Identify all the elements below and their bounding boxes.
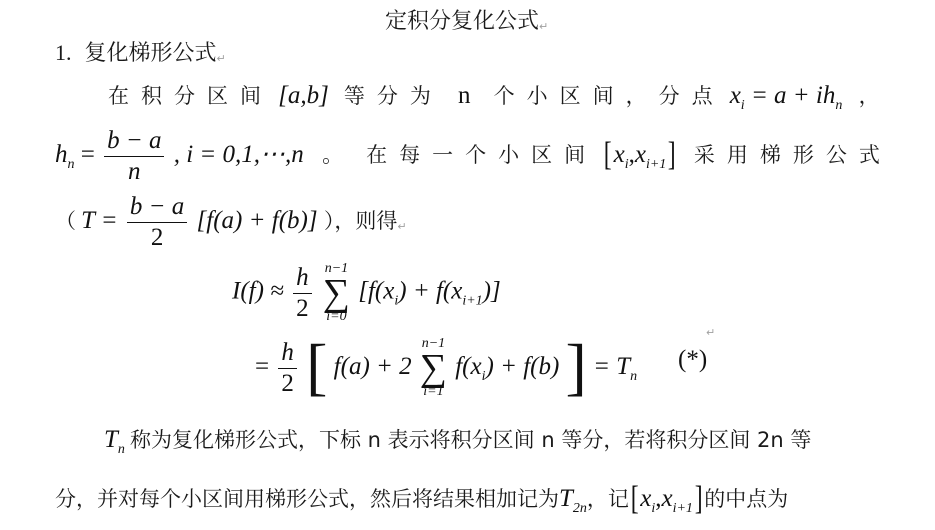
sum-lower: i=0 bbox=[326, 310, 346, 324]
text-segment: 的中点为 bbox=[704, 487, 788, 511]
x-var: x bbox=[635, 141, 646, 168]
section-heading-text: 复化梯形公式 bbox=[85, 41, 217, 66]
bracket-open: [ bbox=[306, 331, 327, 402]
fraction: b − a n bbox=[104, 126, 164, 187]
section-number: 1. bbox=[55, 40, 72, 65]
x-var: x bbox=[640, 485, 651, 512]
xi-rhs: = a + ih bbox=[751, 82, 835, 109]
paragraph-mark-icon: ↵ bbox=[539, 20, 548, 33]
text-segment: ），则得 bbox=[324, 209, 398, 233]
h-var: h bbox=[55, 141, 68, 168]
text-segment: ，记 bbox=[587, 487, 629, 511]
summation-icon: n−1 ∑ i=1 bbox=[420, 337, 447, 399]
sum-lower: i=1 bbox=[423, 385, 443, 399]
section-heading: 1. 复化梯形公式↵ bbox=[55, 36, 226, 67]
denominator: 2 bbox=[296, 294, 309, 324]
x-var: x bbox=[614, 141, 625, 168]
i-range: , i = 0,1,⋯,n bbox=[174, 141, 304, 168]
equals: = bbox=[255, 353, 269, 380]
interval-ab: [a,b] bbox=[278, 82, 329, 109]
paragraph2-line1: Tn 称为复化梯形公式，下标 n 表示将积分区间 n 等分，若将积分区间 2n … bbox=[104, 424, 811, 458]
T-lhs: T = bbox=[81, 207, 118, 234]
term: f(a) + 2 bbox=[334, 353, 412, 380]
formula-line2: = h 2 [ f(a) + 2 n−1 ∑ i=1 f(xi) + f(b) … bbox=[255, 330, 637, 404]
fraction: b − a 2 bbox=[127, 192, 187, 253]
equals: = bbox=[81, 141, 95, 168]
bracket-close: ] bbox=[668, 136, 676, 174]
term: )] bbox=[483, 278, 501, 305]
equation-tag: (*) bbox=[678, 346, 707, 374]
paragraph-mark-icon: ↵ bbox=[397, 220, 406, 233]
comma: ， bbox=[859, 84, 880, 108]
sigma: ∑ bbox=[323, 276, 350, 310]
fraction-h-2: h 2 bbox=[278, 338, 297, 399]
fraction-h-2: h 2 bbox=[293, 263, 312, 324]
title-text: 定积分复化公式 bbox=[385, 9, 539, 34]
result: = T bbox=[593, 353, 630, 380]
open-paren: （ bbox=[55, 209, 76, 233]
hn-formula: hn = b − a n , i = 0,1,⋯,n bbox=[55, 141, 310, 168]
bracket-open: [ bbox=[631, 480, 639, 518]
paragraph1-line2: hn = b − a n , i = 0,1,⋯,n 。 在每一个小区间 [xi… bbox=[55, 126, 892, 187]
text-segment: 在每一个小区间 bbox=[366, 143, 597, 167]
paragraph1-line3: （ T = b − a 2 [f(a) + f(b)] ），则得↵ bbox=[55, 192, 407, 253]
summation-icon: n−1 ∑ i=0 bbox=[323, 262, 350, 324]
xi-sub: i bbox=[741, 98, 745, 113]
sub: n bbox=[118, 442, 125, 457]
trapezoid-formula: T = b − a 2 [f(a) + f(b)] bbox=[81, 207, 324, 234]
interval-xi: [xi,xi+1] bbox=[602, 141, 684, 168]
bracket-close: ] bbox=[566, 331, 587, 402]
T-rhs: [f(a) + f(b)] bbox=[197, 207, 318, 234]
sigma: ∑ bbox=[420, 351, 447, 385]
sub: n bbox=[630, 369, 637, 384]
xi-formula: xi = a + ihn bbox=[730, 82, 849, 109]
document-title: 定积分复化公式↵ bbox=[385, 4, 548, 35]
T-var: T bbox=[104, 426, 118, 453]
T-var: T bbox=[559, 485, 573, 512]
text-segment: 等分为 bbox=[344, 84, 443, 108]
paragraph-mark-icon: ↵ bbox=[706, 326, 715, 339]
sub: 2n bbox=[573, 501, 587, 516]
term: ) + f(b) bbox=[486, 353, 560, 380]
paragraph-mark-icon: ↵ bbox=[217, 52, 226, 65]
term: [f(x bbox=[358, 278, 394, 305]
term: ) + f(x bbox=[398, 278, 462, 305]
paragraph2-line2: 分，并对每个小区间用梯形公式，然后将结果相加记为T2n，记[xi,xi+1]的中… bbox=[55, 480, 788, 518]
text-segment: 称为复化梯形公式，下标 n 表示将积分区间 n 等分，若将积分区间 2n 等 bbox=[130, 428, 811, 452]
term: f(x bbox=[455, 353, 481, 380]
paragraph1-line1: 在积分区间 [a,b] 等分为 n 个小区间，分点 xi = a + ihn ， bbox=[108, 80, 880, 114]
x-var: x bbox=[661, 485, 672, 512]
sub: i+1 bbox=[462, 294, 482, 309]
h-sub: n bbox=[68, 157, 75, 172]
bracket-open: [ bbox=[604, 136, 612, 174]
integral-lhs: I(f) ≈ bbox=[232, 278, 284, 305]
numerator: b − a bbox=[104, 126, 164, 157]
numerator: h bbox=[278, 338, 297, 369]
text-segment: 采用梯形公式 bbox=[694, 143, 892, 167]
formula-line1: I(f) ≈ h 2 n−1 ∑ i=0 [f(xi) + f(xi+1)] bbox=[232, 262, 501, 324]
T2n-symbol: T2n bbox=[559, 485, 587, 512]
x-sub: i+1 bbox=[646, 157, 666, 172]
text-segment: 分，并对每个小区间用梯形公式，然后将结果相加记为 bbox=[55, 487, 559, 511]
period: 。 bbox=[322, 143, 343, 167]
text-segment: 个小区间，分点 bbox=[494, 84, 725, 108]
hn-sub: n bbox=[835, 98, 842, 113]
denominator: 2 bbox=[281, 369, 294, 399]
denominator: 2 bbox=[151, 223, 164, 253]
Tn-symbol: Tn bbox=[104, 426, 125, 453]
denominator: n bbox=[128, 157, 141, 187]
text-segment: 在积分区间 bbox=[108, 84, 273, 108]
interval-xi: [xi,xi+1] bbox=[629, 485, 704, 512]
numerator: h bbox=[293, 263, 312, 294]
x-sub: i+1 bbox=[673, 501, 693, 516]
xi-var: x bbox=[730, 82, 741, 109]
numerator: b − a bbox=[127, 192, 187, 223]
bracket-close: ] bbox=[695, 480, 703, 518]
n-variable: n bbox=[458, 82, 471, 109]
